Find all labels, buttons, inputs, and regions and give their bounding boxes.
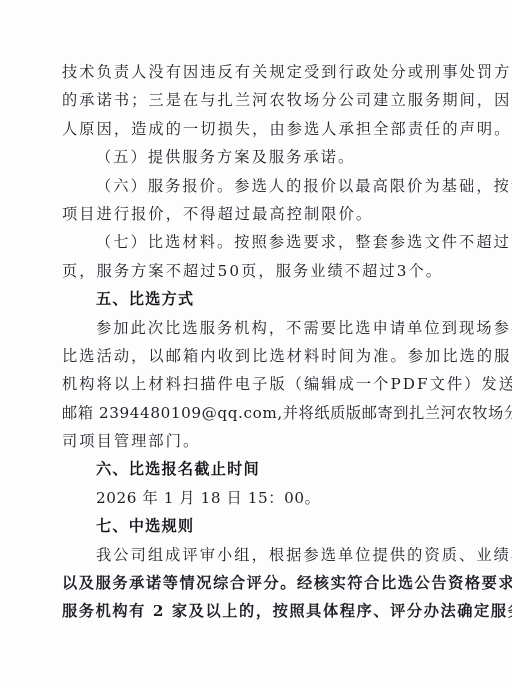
paragraph-line: 服务机构有 2 家及以上的，按照具体程序、评分办法确定服务机 (62, 597, 448, 625)
email-line: 邮箱 2394480109@qq.com,并将纸质版邮寄到扎兰河农牧场分公 (62, 399, 448, 427)
paragraph-line: 以及服务承诺等情况综合评分。经核实符合比选公告资格要求的 (62, 569, 448, 597)
paragraph-line: 项目进行报价，不得超过最高控制限价。 (62, 200, 448, 228)
section-heading-selection-method: 五、比选方式 (62, 285, 448, 313)
paragraph-line: 的承诺书；三是在与扎兰河农牧场分公司建立服务期间，因参选 (62, 86, 448, 114)
section-heading-selection-rules: 七、中选规则 (62, 512, 448, 540)
document-body: 技术负责人没有因违反有关规定受到行政处分或刑事处罚方面 的承诺书；三是在与扎兰河… (62, 58, 448, 626)
list-item-7-materials: （七）比选材料。按照参选要求，整套参选文件不超过100 (62, 228, 448, 256)
paragraph-line: 页，服务方案不超过50页，服务业绩不超过3个。 (62, 257, 448, 285)
document-page: 技术负责人没有因违反有关规定受到行政处分或刑事处罚方面 的承诺书；三是在与扎兰河… (0, 0, 512, 686)
paragraph-line: 司项目管理部门。 (62, 427, 448, 455)
paragraph-line: 比选活动，以邮箱内收到比选材料时间为准。参加比选的服务 (62, 342, 448, 370)
section-heading-deadline: 六、比选报名截止时间 (62, 455, 448, 483)
list-item-6-quotation: （六）服务报价。参选人的报价以最高限价为基础，按参选 (62, 172, 448, 200)
paragraph-line: 我公司组成评审小组，根据参选单位提供的资质、业绩材料 (62, 541, 448, 569)
paragraph-line: 机构将以上材料扫描件电子版（编辑成一个PDF文件）发送至 (62, 370, 448, 398)
deadline-text: 2026 年 1 月 18 日 15：00。 (62, 484, 448, 512)
paragraph-line: 参加此次比选服务机构，不需要比选申请单位到现场参与 (62, 314, 448, 342)
paragraph-line: 人原因，造成的一切损失，由参选人承担全部责任的声明。 (62, 115, 448, 143)
paragraph-line: 技术负责人没有因违反有关规定受到行政处分或刑事处罚方面 (62, 58, 448, 86)
list-item-5-service-plan: （五）提供服务方案及服务承诺。 (62, 143, 448, 171)
